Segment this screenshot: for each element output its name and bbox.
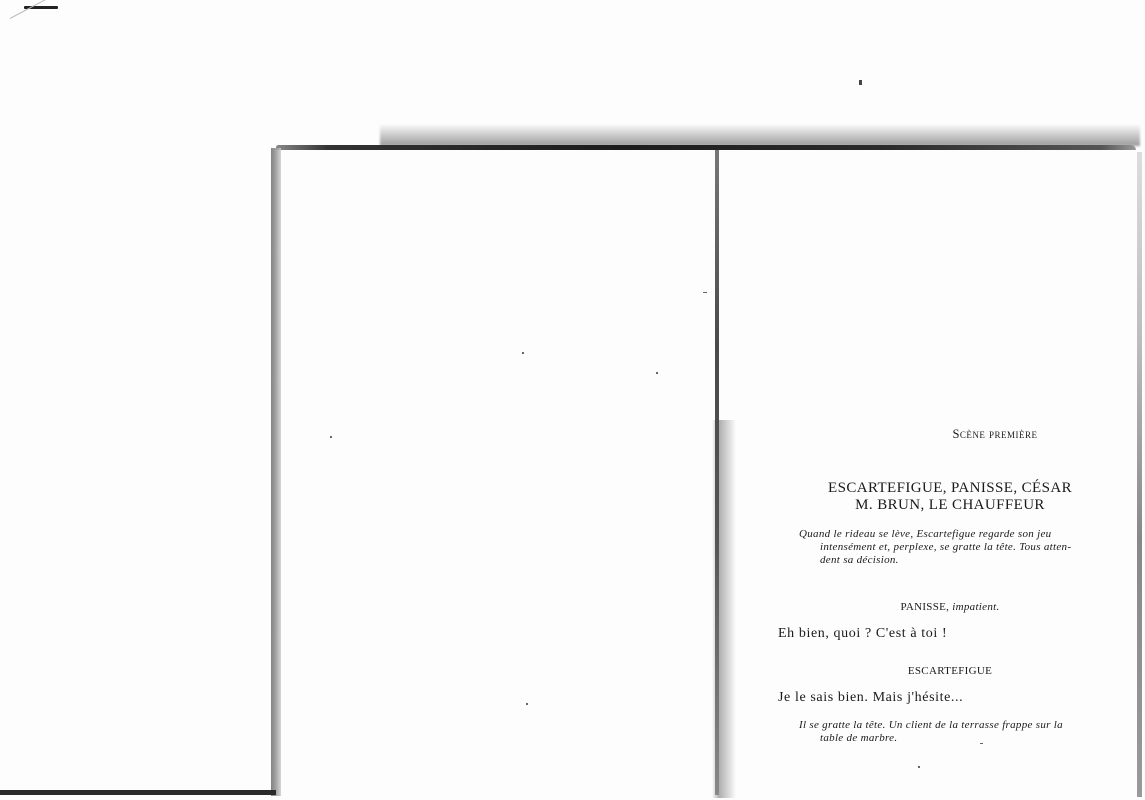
speaker-label: PANISSE, (900, 601, 949, 613)
scan-speck (526, 703, 528, 705)
scan-speck (656, 372, 658, 374)
scan-speck (859, 80, 862, 85)
scan-speck (522, 352, 524, 354)
character-line: ESCARTEFIGUE, PANISSE, CÉSAR (800, 480, 1100, 497)
scan-speck (330, 436, 332, 438)
stage-direction: Il se gratte la tête. Un client de la te… (799, 719, 1089, 745)
left-page-edge (271, 148, 281, 796)
book-top-shadow (380, 124, 1140, 146)
character-list: ESCARTEFIGUE, PANISSE, CÉSAR M. BRUN, LE… (800, 480, 1100, 514)
speaker-name: PANISSE, impatient. (800, 601, 1100, 613)
speaker-note: impatient. (949, 601, 999, 613)
dialogue-line: Eh bien, quoi ? C'est à toi ! (778, 626, 947, 642)
scan-artifact-line (10, 0, 72, 19)
bottom-left-edge (0, 790, 276, 795)
stage-direction-line: dent sa décision. (799, 554, 1089, 567)
scene-title: Scène première (860, 427, 1130, 442)
speaker-label: ESCARTEFIGUE (908, 665, 992, 677)
stage-direction: Quand le rideau se lève, Escartefigue re… (799, 528, 1089, 567)
scan-speck (703, 292, 707, 293)
stage-direction-line: intensément et, perplexe, se gratte la t… (799, 541, 1089, 554)
stage-direction-line: Quand le rideau se lève, Escartefigue re… (799, 528, 1089, 541)
dialogue-line: Je le sais bien. Mais j'hésite... (778, 690, 963, 706)
stage-direction-line: table de marbre. (799, 732, 1089, 745)
speaker-name: ESCARTEFIGUE (800, 665, 1100, 677)
stage-direction-line: Il se gratte la tête. Un client de la te… (799, 719, 1089, 732)
right-page-edge (1137, 152, 1142, 797)
character-line: M. BRUN, LE CHAUFFEUR (800, 497, 1100, 514)
scan-speck (918, 766, 920, 768)
left-page (282, 150, 712, 790)
book-gutter (715, 150, 719, 795)
